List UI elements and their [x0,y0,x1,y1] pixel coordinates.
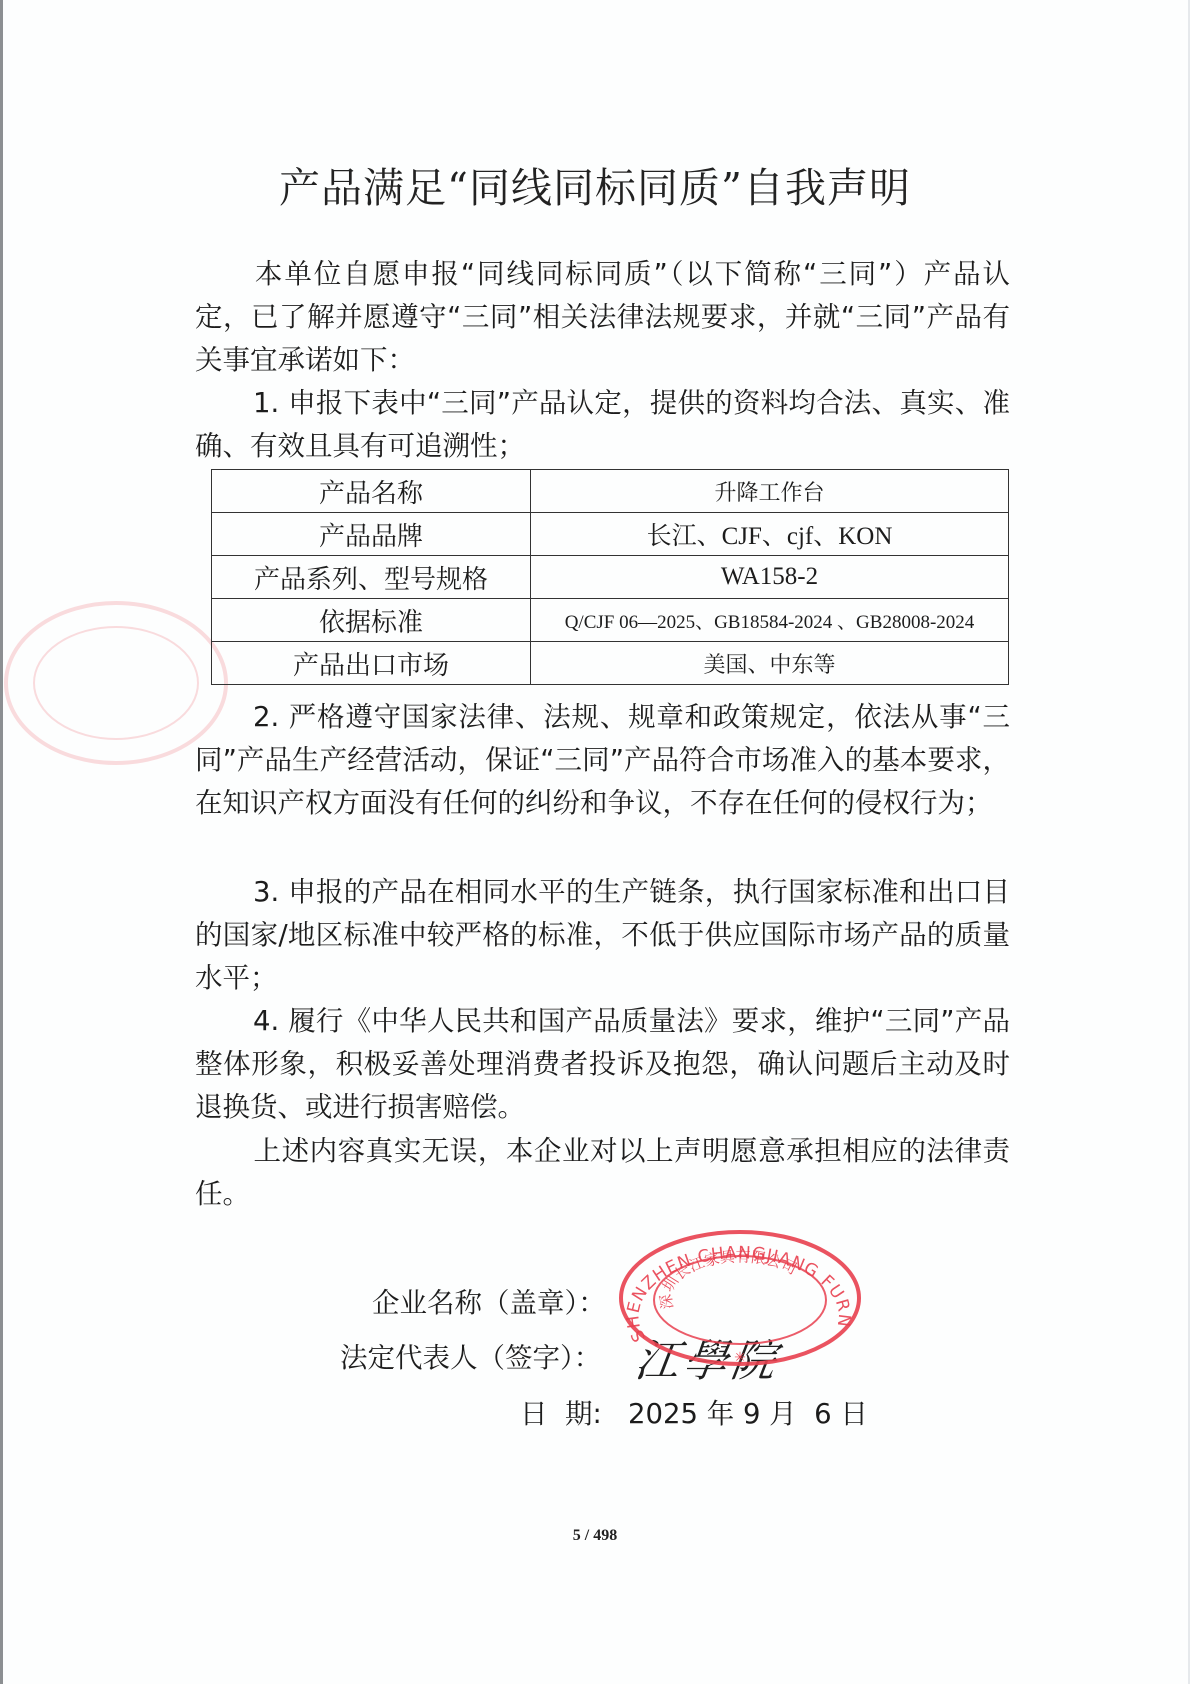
closing-text: 上述内容真实无误，本企业对以上声明愿意承担相应的法律责任。 [195,1135,1010,1210]
table-value-cell: Q/CJF 06—2025、GB18584-2024 、GB28008-2024 [531,599,1009,642]
table-label-cell: 依据标准 [212,599,531,642]
svg-text:SHENZHEN CHANGJIANG FURNITURE: SHENZHEN CHANGJIANG FURNITURE CO.,LTD. [616,1228,854,1345]
table-value-cell: 长江、CJF、cjf、KON [531,513,1009,556]
item-3-text: 3. 申报的产品在相同水平的生产链条，执行国家标准和出口目的国家/地区标准中较严… [195,876,1010,994]
table-value-cell: 升降工作台 [531,470,1009,513]
date-line: 日 期: 2025 年 9 月 6 日 [520,1394,868,1434]
commitment-item-3: 3. 申报的产品在相同水平的生产链条，执行国家标准和出口目的国家/地区标准中较严… [195,871,1010,1000]
company-name-label: 企业名称（盖章）： [372,1283,606,1323]
table-row: 依据标准 Q/CJF 06—2025、GB18584-2024 、GB28008… [212,599,1009,642]
table-label-cell: 产品品牌 [212,513,531,556]
item-4-text: 4. 履行《中华人民共和国产品质量法》要求，维护“三同”产品整体形象，积极妥善处… [195,1005,1010,1123]
commitment-item-4: 4. 履行《中华人民共和国产品质量法》要求，维护“三同”产品整体形象，积极妥善处… [195,1000,1010,1129]
product-info-table: 产品名称 升降工作台 产品品牌 长江、CJF、cjf、KON 产品系列、型号规格… [211,469,1009,685]
table-label-cell: 产品系列、型号规格 [212,556,531,599]
item-1-text: 1. 申报下表中“三同”产品认定，提供的资料均合法、真实、准确、有效且具有可追溯… [195,387,1010,462]
intro-text: 本单位自愿申报“同线同标同质”（以下简称“三同”）产品认定，已了解并愿遵守“三同… [195,258,1010,376]
item-2-text: 2. 严格遵守国家法律、法规、规章和政策规定，依法从事“三同”产品生产经营活动，… [195,701,1010,819]
intro-paragraph: 本单位自愿申报“同线同标同质”（以下简称“三同”）产品认定，已了解并愿遵守“三同… [195,253,1010,382]
page-number: 5 / 498 [0,1527,1190,1545]
seal-outer-text: SHENZHEN CHANGJIANG FURNITURE CO.,LTD. [616,1228,854,1345]
seal-star-icon: ✳ [734,1350,746,1366]
commitment-item-1: 1. 申报下表中“三同”产品认定，提供的资料均合法、真实、准确、有效且具有可追溯… [195,382,1010,468]
table-label-cell: 产品名称 [212,470,531,513]
table-row: 产品品牌 长江、CJF、cjf、KON [212,513,1009,556]
table-row: 产品出口市场 美国、中东等 [212,642,1009,685]
table-row: 产品系列、型号规格 WA158-2 [212,556,1009,599]
closing-statement: 上述内容真实无误，本企业对以上声明愿意承担相应的法律责任。 [195,1130,1010,1216]
scan-left-edge [0,0,3,1684]
company-seal-stamp: SHENZHEN CHANGJIANG FURNITURE CO.,LTD. 深… [616,1228,864,1368]
table-value-cell: 美国、中东等 [531,642,1009,685]
commitment-item-2: 2. 严格遵守国家法律、法规、规章和政策规定，依法从事“三同”产品生产经营活动，… [195,696,1010,825]
legal-representative-label: 法定代表人（签字）： [340,1338,601,1378]
table-row: 产品名称 升降工作台 [212,470,1009,513]
table-value-cell: WA158-2 [531,556,1009,599]
document-title: 产品满足“同线同标同质”自我声明 [0,155,1190,214]
table-label-cell: 产品出口市场 [212,642,531,685]
